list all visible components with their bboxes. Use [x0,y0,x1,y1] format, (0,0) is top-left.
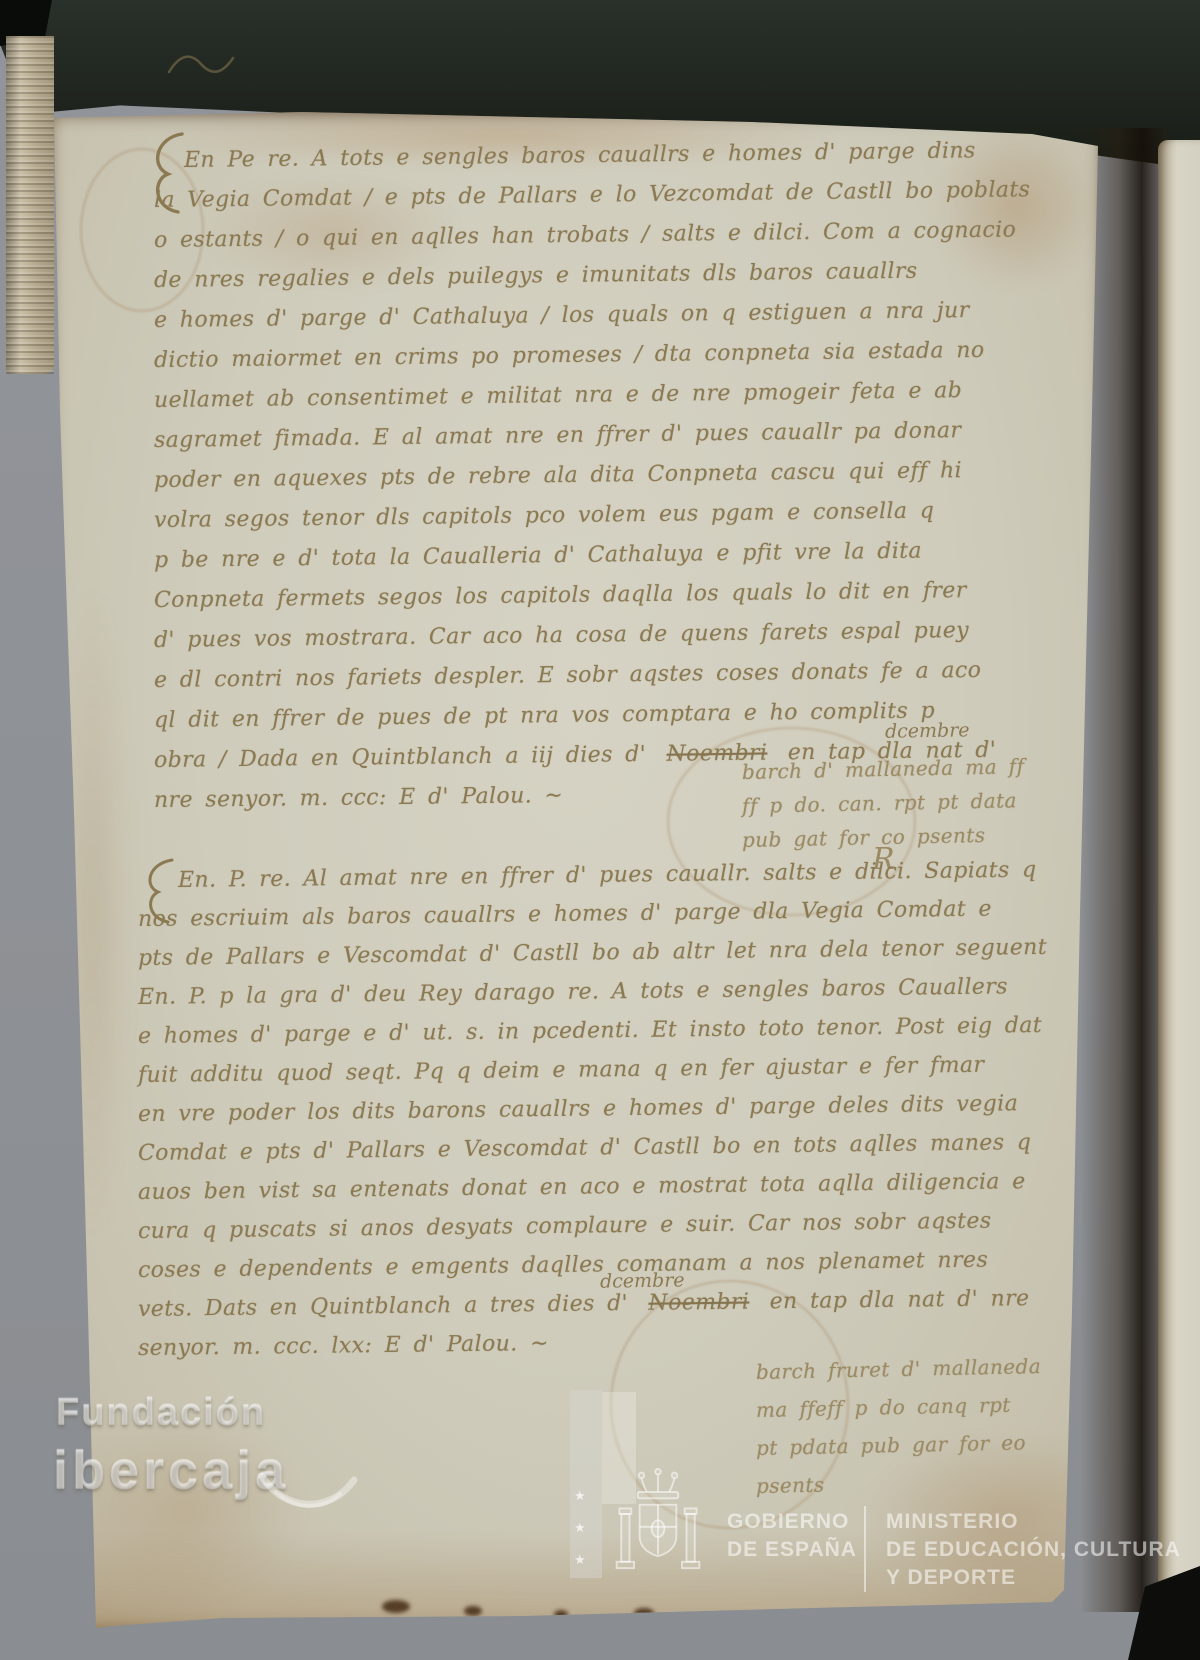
star-icon: ★ [574,1552,586,1568]
star-icon: ★ [574,1520,586,1536]
ibercaja-watermark-text: ibercaja [53,1440,289,1502]
burn-mark [382,1600,410,1613]
stain [58,592,128,1232]
burn-mark [464,1606,482,1616]
flag-bar-watermark [570,1390,602,1578]
burn-mark [634,1608,654,1618]
inserted-month: dcembre [600,1269,685,1292]
date-post: en tap dla nat d' nre [770,1286,1030,1314]
notarial-note-line: pub gat for co psents [742,823,986,852]
page-stack-edges [6,36,54,374]
fundacion-watermark-text: Fundación [56,1392,266,1435]
gobierno-watermark-line2: DE ESPAÑA [727,1538,857,1562]
ink-squiggle [165,42,237,82]
manuscript-photo: En Pe re. A tots e sengles baros cauallr… [0,0,1200,1660]
ministerio-watermark-line3: Y DEPORTE [886,1566,1016,1590]
closing-line: nre senyor. m. ccc: E d' Palou. ~ [154,783,564,813]
ministerio-watermark-line2: DE EDUCACIÓN, CULTURA [886,1538,1181,1562]
burn-mark [554,1610,568,1619]
watermark-divider [864,1506,866,1592]
star-icon: ★ [574,1488,586,1504]
next-page-sliver [1158,140,1200,1604]
ministerio-watermark-line1: MINISTERIO [886,1510,1019,1534]
notarial-note-line: psents [756,1473,825,1498]
spain-coat-of-arms-watermark [612,1468,704,1593]
ibercaja-swoosh-icon [256,1458,360,1522]
struck-month: Noembri [648,1290,749,1316]
gobierno-watermark-line1: GOBIERNO [727,1510,849,1534]
closing-line: senyor. m. ccc. lxx: E d' Palou. ~ [138,1331,549,1361]
